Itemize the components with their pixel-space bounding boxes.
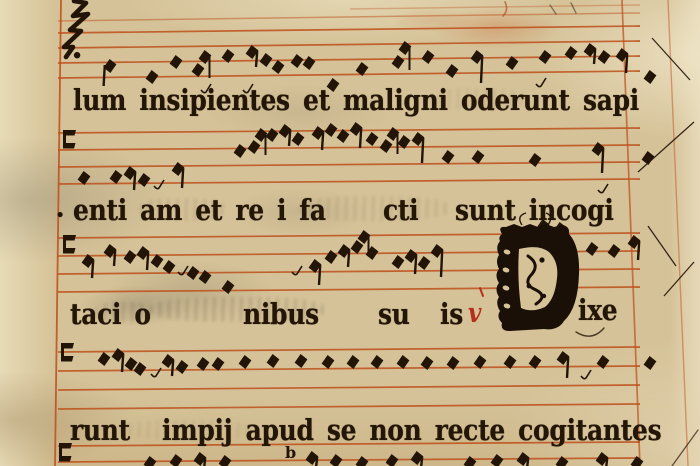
rubric-versicle-mark: v [468,296,481,328]
chant-text-segment: impij apud se non recte cogitantes [162,414,661,448]
initial-foliage-dot [542,294,546,298]
chant-text-segment: ixe [578,294,617,328]
initial-foliage-dot [527,284,532,289]
chant-text-segment: lum insipientes et maligni oderunt sapi [73,84,639,118]
illuminated-initial-d [494,222,578,334]
chant-text-layer: lum insipientes et maligni oderunt sapie… [0,0,700,466]
chant-text-segment: enti am et re i fa [73,194,326,228]
chant-text-segment: cti [383,194,418,228]
initial-foliage-dot [539,257,544,262]
chant-text-segment: is [440,298,463,332]
chant-text-segment: nibus [243,298,319,332]
chant-text-segment: su [378,298,410,332]
chant-text-segment: runt [70,414,130,448]
manuscript-page: b lum insipientes et maligni oderunt sap… [0,0,700,466]
chant-text-segment: taci o [70,298,151,332]
